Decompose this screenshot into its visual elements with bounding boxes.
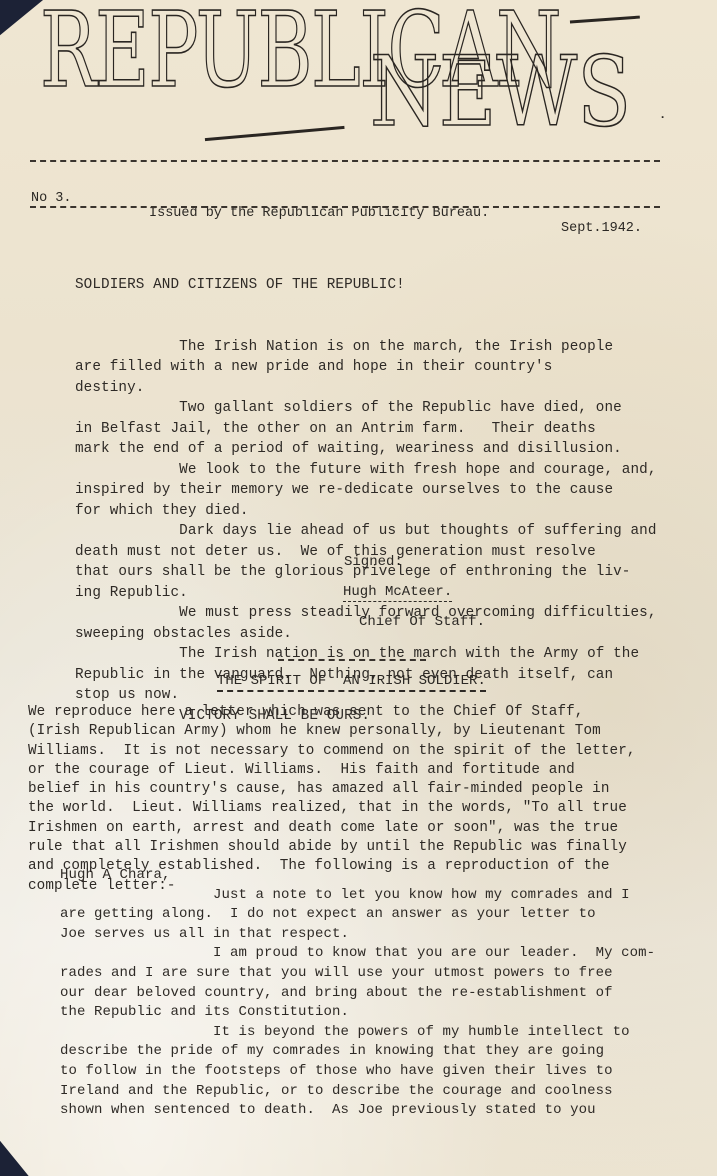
masthead-swash-decoration <box>205 126 345 148</box>
proclamation-line: are filled with a new pride and hope in … <box>75 357 657 378</box>
letter-line: are getting along. I do not expect an an… <box>60 905 655 925</box>
letter-line: Just a note to let you know how my comra… <box>60 886 655 906</box>
proclamation-line: inspired by their memory we re-dedicate … <box>75 480 657 501</box>
article-intro-line: (Irish Republican Army) whom he knew per… <box>28 722 636 741</box>
signatory-name: Hugh McAteer. <box>343 584 452 602</box>
masthead-swash-decoration-top <box>570 16 640 27</box>
article-intro-line: the world. Lieut. Williams realized, tha… <box>28 799 636 818</box>
proclamation-line: Dark days lie ahead of us but thoughts o… <box>75 521 657 542</box>
masthead-title-news: NEWS <box>370 44 631 140</box>
proclamation-line: destiny. <box>75 378 657 399</box>
letter-line: to follow in the footsteps of those who … <box>60 1062 655 1082</box>
proclamation-line: We look to the future with fresh hope an… <box>75 460 657 481</box>
proclamation-line: Two gallant soldiers of the Republic hav… <box>75 398 657 419</box>
signed-label: Signed: <box>344 554 403 570</box>
letter-line: rades and I are sure that you will use y… <box>60 964 655 984</box>
proclamation-line: in Belfast Jail, the other on an Antrim … <box>75 419 657 440</box>
header-bottom-divider <box>30 206 660 208</box>
letter-line: It is beyond the powers of my humble int… <box>60 1023 655 1043</box>
letter-line: describe the pride of my comrades in kno… <box>60 1042 655 1062</box>
newspaper-page: REPUBLICAN NEWS . No 3. Issued by the Re… <box>0 0 717 1176</box>
proclamation-body: The Irish Nation is on the march, the Ir… <box>75 337 657 727</box>
section-divider <box>278 659 426 661</box>
proclamation-heading: SOLDIERS AND CITIZENS OF THE REPUBLIC! <box>75 275 657 296</box>
top-divider <box>30 160 660 162</box>
letter-line: shown when sentenced to death. As Joe pr… <box>60 1101 655 1121</box>
article-title: THE SPIRIT OF AN IRISH SOLDIER. <box>217 673 486 692</box>
proclamation-line: for which they died. <box>75 501 657 522</box>
letter-line: our dear beloved country, and bring abou… <box>60 984 655 1004</box>
letter-line: the Republic and its Constitution. <box>60 1003 655 1023</box>
proclamation-line: The Irish nation is on the march with th… <box>75 644 657 665</box>
article-intro-line: rule that all Irishmen should abide by u… <box>28 838 636 857</box>
article-intro-line: belief in his country's cause, has amaze… <box>28 780 636 799</box>
proclamation-line: mark the end of a period of waiting, wea… <box>75 439 657 460</box>
issue-number: No 3. <box>31 191 72 206</box>
letter-line: I am proud to know that you are our lead… <box>60 944 655 964</box>
issued-by: Issued by the Republican Publicity Burea… <box>149 206 489 221</box>
article-intro-line: We reproduce here a letter which was sen… <box>28 703 636 722</box>
letter-body: Hugh A Chara, Just a note to let you kno… <box>60 866 655 1121</box>
signatory-title: Chief Of Staff. <box>359 614 485 630</box>
article-intro-line: Irishmen on earth, arrest and death come… <box>28 819 636 838</box>
proclamation-line: The Irish Nation is on the march, the Ir… <box>75 337 657 358</box>
letter-line: Ireland and the Republic, or to describe… <box>60 1082 655 1102</box>
article-intro-line: or the courage of Lieut. Williams. His f… <box>28 761 636 780</box>
masthead: REPUBLICAN NEWS . <box>30 4 650 124</box>
masthead-dot: . <box>659 108 666 122</box>
article-intro-line: Williams. It is not necessary to commend… <box>28 742 636 761</box>
letter-line: Joe serves us all in that respect. <box>60 925 655 945</box>
letter-line: Hugh A Chara, <box>60 866 655 886</box>
